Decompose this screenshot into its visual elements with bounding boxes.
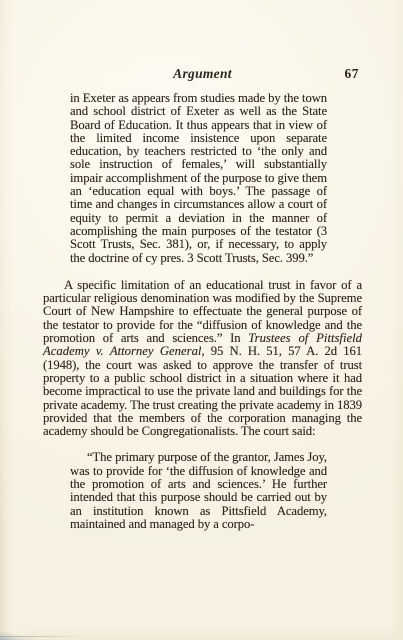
scan-corner-artifact bbox=[0, 632, 34, 640]
page-number: 67 bbox=[345, 65, 360, 82]
page-body: in Exeter as appears from studies made b… bbox=[43, 92, 362, 531]
running-title: Argument bbox=[173, 66, 232, 81]
running-head: Argument 67 bbox=[43, 65, 362, 82]
block-quote: “The primary purpose of the grantor, Jam… bbox=[70, 451, 327, 531]
scanned-page: Argument 67 in Exeter as appears from st… bbox=[0, 0, 403, 640]
body-paragraph: A specific limitation of an educational … bbox=[43, 279, 362, 439]
quote-continuation: in Exeter as appears from studies made b… bbox=[70, 92, 327, 265]
paragraph-text-after-case: , 95 N. H. 51, 57 A. 2d 161 (1948), the … bbox=[43, 344, 362, 438]
